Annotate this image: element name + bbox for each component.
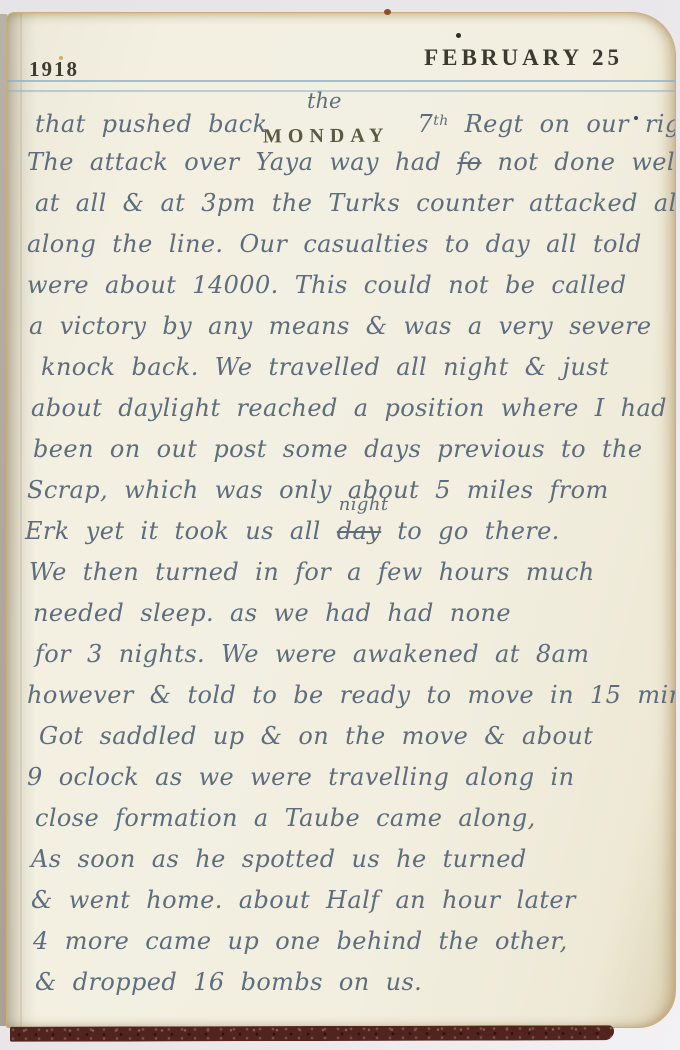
diary-text-segment: however & told to be ready to move in 15… <box>27 681 676 709</box>
diary-line: close formation a Taube came along, <box>25 798 665 839</box>
header-rule-top <box>7 80 675 82</box>
diary-line: knock back. We travelled all night & jus… <box>25 347 665 388</box>
printed-year: 1918 <box>29 57 79 82</box>
page-crease <box>20 13 22 1027</box>
diary-line: that pushed back7th Regt on our right. <box>25 101 665 142</box>
brown-speck <box>384 9 391 15</box>
diary-page: 1918 FEBRUARY 25 MONDAY the that pushed … <box>6 12 676 1028</box>
diary-text-segment: to go there. <box>381 517 560 545</box>
diary-line: 9 oclock as we were travelling along in <box>25 757 665 798</box>
diary-body: that pushed back7th Regt on our right.Th… <box>25 101 665 1003</box>
paper-stain <box>59 56 63 60</box>
diary-line: The attack over Yaya way had fo not done… <box>25 142 665 183</box>
inserted-correction-word: night <box>339 496 389 514</box>
scanned-diary-photo: 1918 FEBRUARY 25 MONDAY the that pushed … <box>0 0 680 1050</box>
struck-word: fo <box>457 148 481 176</box>
diary-text-segment: 7 <box>418 110 434 138</box>
diary-text-segment: & dropped 16 bombs on us. <box>35 968 422 996</box>
struck-word: day <box>337 517 381 545</box>
ink-dot <box>634 116 638 120</box>
diary-text-segment: 4 more came up one behind the other, <box>33 927 568 955</box>
correction-wrap: daynight <box>337 511 381 551</box>
diary-text-segment: that pushed back <box>35 110 268 138</box>
diary-text-segment: needed sleep. as we had had none <box>33 599 511 627</box>
diary-line: 4 more came up one behind the other, <box>25 921 665 962</box>
diary-text-segment: 9 oclock as we were travelling along in <box>27 763 575 791</box>
diary-line: a victory by any means & was a very seve… <box>25 306 665 347</box>
diary-text-segment: knock back. We travelled all night & jus… <box>41 353 609 381</box>
diary-line: needed sleep. as we had had none <box>25 593 665 634</box>
diary-text-segment: along the line. Our casualties to day al… <box>27 230 642 258</box>
diary-text-segment: Erk yet it took us all <box>25 517 337 545</box>
diary-text-segment: As soon as he spotted us he turned <box>31 845 527 873</box>
diary-line: for 3 nights. We were awakened at 8am <box>25 634 665 675</box>
diary-line: As soon as he spotted us he turned <box>25 839 665 880</box>
book-cover-edge <box>10 1025 614 1042</box>
diary-text-segment: been on out post some days previous to t… <box>33 435 642 463</box>
diary-text-segment: Scrap, which was only about 5 miles from <box>27 476 609 504</box>
diary-line: We then turned in for a few hours much <box>25 552 665 593</box>
diary-line: about daylight reached a position where … <box>25 388 665 429</box>
diary-text-segment: about daylight reached a position where … <box>31 394 667 422</box>
diary-text-segment: for 3 nights. We were awakened at 8am <box>35 640 589 668</box>
diary-line: along the line. Our casualties to day al… <box>25 224 665 265</box>
diary-line: were about 14000. This could not be call… <box>25 265 665 306</box>
diary-text-segment: were about 14000. This could not be call… <box>27 271 626 299</box>
diary-text-segment: Got saddled up & on the move & about <box>39 722 593 750</box>
diary-text-segment: a victory by any means & was a very seve… <box>29 312 651 340</box>
diary-text-segment: We then turned in for a few hours much <box>29 558 595 586</box>
diary-line: & went home. about Half an hour later <box>25 880 665 921</box>
diary-text-segment: The attack over Yaya way had <box>27 148 457 176</box>
diary-text-segment: Regt on our right. <box>449 110 676 138</box>
diary-text-segment: not done well <box>481 148 676 176</box>
diary-text-segment: close formation a Taube came along, <box>35 804 536 832</box>
diary-text-segment: at all & at 3pm the Turks counter attack… <box>35 189 676 217</box>
diary-line: been on out post some days previous to t… <box>25 429 665 470</box>
diary-line: at all & at 3pm the Turks counter attack… <box>25 183 665 224</box>
diary-text-segment: th <box>433 113 448 129</box>
diary-line: Erk yet it took us all daynight to go th… <box>25 511 665 552</box>
diary-line: & dropped 16 bombs on us. <box>25 962 665 1003</box>
diary-text-segment: & went home. about Half an hour later <box>31 886 576 914</box>
diary-line: however & told to be ready to move in 15… <box>25 675 665 716</box>
diary-line: Got saddled up & on the move & about <box>25 716 665 757</box>
printed-date: FEBRUARY 25 <box>424 45 623 71</box>
ink-blot <box>456 33 461 38</box>
